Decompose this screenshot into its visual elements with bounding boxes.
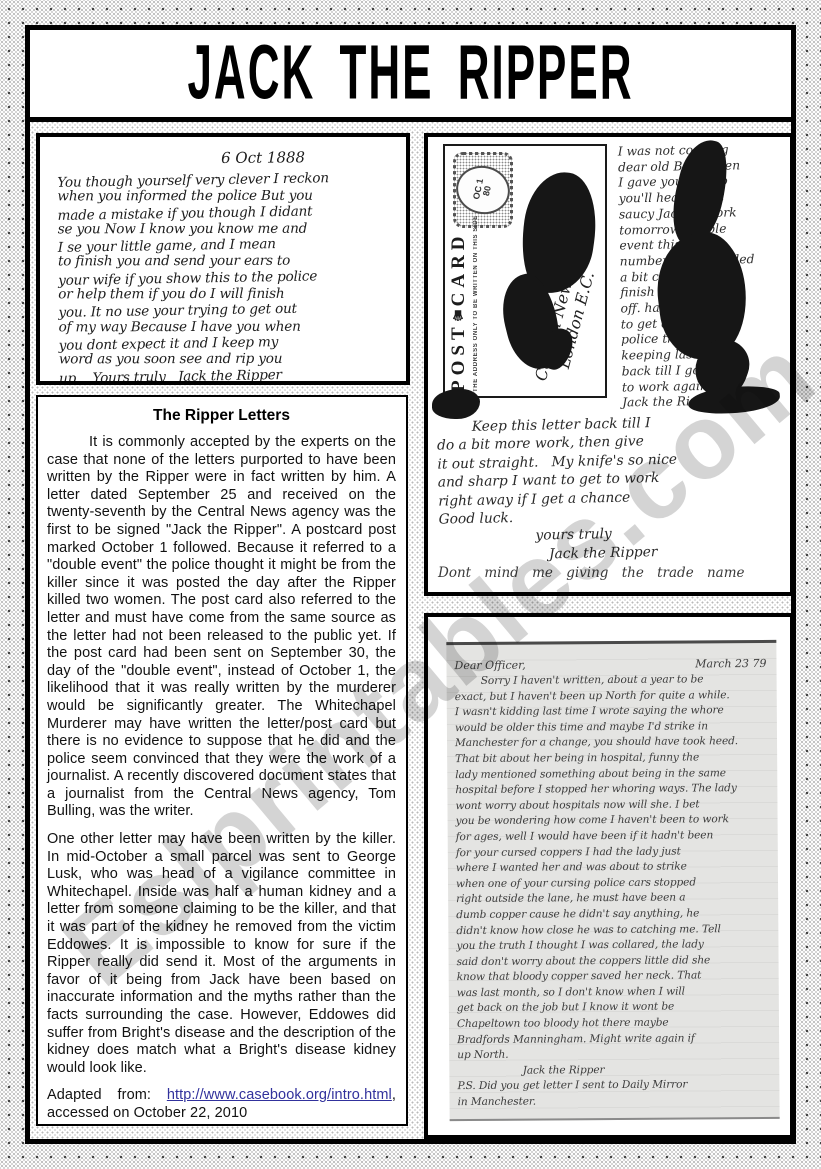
letter-image-oct6: 6 Oct 1888 You though yourself very clev… <box>36 133 410 385</box>
letter-date: March 23 79 <box>695 657 766 670</box>
handwriting-line: exact, but I haven't been up North for q… <box>455 687 777 705</box>
crown-icon: ♛ <box>451 306 466 322</box>
postmark-icon: OC 1 80 <box>452 161 515 219</box>
source-prefix: Adapted from: <box>47 1087 167 1103</box>
handwriting-line: Manchester for a change, you should have… <box>455 734 777 752</box>
postcard-label: POST♛CARD <box>448 230 470 392</box>
handwriting-date: 6 Oct 1888 <box>57 147 399 168</box>
article-box: The Ripper Letters It is commonly accept… <box>36 395 408 1126</box>
postcard-label-post: POST <box>448 322 469 392</box>
postage-stamp-icon: OC 1 80 <box>453 152 513 228</box>
handwriting-line: in Manchester. <box>457 1093 779 1111</box>
letter-oct6-handwriting: 6 Oct 1888 You though yourself very clev… <box>39 135 407 385</box>
handwriting-line: hospital before I stopped her whoring wa… <box>455 781 777 799</box>
source-link[interactable]: http://www.casebook.org/intro.html <box>167 1087 392 1103</box>
article-paragraph-2: One other letter may have been written b… <box>47 831 396 1077</box>
source-line: Adapted from: http://www.casebook.org/in… <box>47 1087 396 1122</box>
title-box: JACK THE RIPPER <box>30 30 791 122</box>
letter-paper: Dear Officer, March 23 79 Sorry I haven'… <box>446 640 779 1121</box>
ink-blot-icon <box>432 389 480 419</box>
postcard-postscript: Dont mind me giving the trade name <box>438 565 745 581</box>
letter-1979-lines: Sorry I haven't written, about a year to… <box>447 672 780 1111</box>
letter-salutation: Dear Officer, <box>454 659 525 672</box>
letter-image-1979: Dear Officer, March 23 79 Sorry I haven'… <box>424 613 794 1139</box>
article-heading: The Ripper Letters <box>47 407 396 425</box>
article-paragraph-1: It is commonly accepted by the experts o… <box>47 434 396 821</box>
postmark-year: 80 <box>482 185 493 197</box>
worksheet-page: { "page": { "title": "JACK THE RIPPER", … <box>0 0 821 1169</box>
postcard-address-card: OC 1 80 POST♛CARD THE ADDRESS ONLY TO BE… <box>443 144 607 398</box>
postcard-message-lower: Keep this letter back till Ido a bit mor… <box>436 411 787 566</box>
postcard-label-card: CARD <box>448 231 469 306</box>
page-title: JACK THE RIPPER <box>187 30 633 118</box>
postcard-image: OC 1 80 POST♛CARD THE ADDRESS ONLY TO BE… <box>424 133 794 596</box>
postcard-caption: THE ADDRESS ONLY TO BE WRITTEN ON THIS S… <box>473 242 479 392</box>
handwriting-line: up Yours truly Jack the Ripper <box>59 365 401 385</box>
letter-oct6-lines: You though yourself very clever I reckon… <box>57 170 401 385</box>
